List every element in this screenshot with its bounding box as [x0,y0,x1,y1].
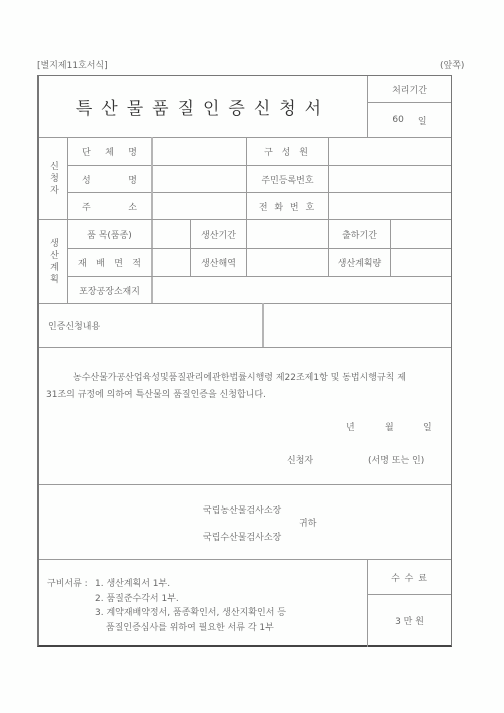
fee-amount: 3 만 원 [368,595,451,646]
divider [39,484,451,485]
form-number: [별지제11호서식] [37,58,108,71]
document-item-3: 3. 계약재배약정서, 품종확인서, 생산지확인서 등 [95,605,286,618]
applicant-section-text: 신청자 [46,161,60,197]
phone-field[interactable] [329,193,451,219]
name-label: 성명 [68,166,151,192]
production-plan-section-label: 생산계획 [39,220,67,303]
documents-prefix: 구비서류 : [47,576,88,589]
resident-number-field[interactable] [329,166,451,192]
resident-number-label: 주민등록번호 [247,166,328,192]
production-plan-section-text: 생산계획 [46,238,60,286]
recipient-fish: 국립수산물검사소장 [203,530,281,543]
divider [328,137,329,219]
cultivation-area-field[interactable] [153,249,190,276]
cultivation-area-label: 재배면적 [68,249,151,276]
shipping-period-label: 출하기간 [329,220,390,248]
document-item-2: 2. 품질준수각서 1부. [95,591,179,604]
address-label: 주소 [68,193,151,219]
divider [390,219,391,276]
divider [190,219,191,276]
applicant-signature-label: 신청자 [287,453,313,466]
members-field[interactable] [329,138,451,165]
divider [246,219,247,276]
document-item-3-cont: 품질인증심사를 위하여 필요한 서류 각 1부 [106,620,274,633]
item-field[interactable] [153,220,190,248]
shipping-period-field[interactable] [391,220,451,248]
statement-line-2: 31조의 규정에 의하여 특산물의 품질인증을 신청합니다. [46,387,266,400]
packing-plant-label: 포장공장소재지 [68,277,151,303]
planned-amount-field[interactable] [391,249,451,276]
group-name-field[interactable] [152,138,246,165]
production-zone-label: 생산해역 [191,249,246,276]
form-title: 특산물품질인증신청서 [39,76,367,137]
divider [39,347,451,348]
production-period-label: 생산기간 [191,220,246,248]
recipient-agri: 국립농산물검사소장 [203,503,281,516]
date-year: 년 [346,420,355,433]
recipient-suffix: 귀하 [299,516,316,529]
fee-label: 수 수 료 [368,560,451,594]
planned-amount-label: 생산계획량 [329,249,390,276]
certification-content-label: 인증신청내용 [39,304,262,347]
processing-unit: 일 [418,114,427,127]
name-field[interactable] [152,166,246,192]
members-label: 구 성 원 [247,138,328,165]
address-field[interactable] [152,193,246,219]
packing-plant-field[interactable] [153,277,451,303]
date-month: 월 [385,420,394,433]
signature-hint: (서명 또는 인) [368,453,424,466]
item-label: 품 목(품종) [68,220,151,248]
date-day: 일 [423,420,432,433]
certification-content-field[interactable] [264,304,451,347]
applicant-section-label: 신청자 [39,138,67,219]
page-side: (앞쪽) [440,58,464,71]
document-item-1: 1. 생산계획서 1부. [95,576,170,589]
processing-days: 60 [392,115,403,125]
phone-label: 전 화 번 호 [247,193,328,219]
divider [328,219,329,276]
group-name-label: 단체명 [68,138,151,165]
production-zone-field[interactable] [247,249,328,276]
processing-period-label: 처리기간 [368,76,451,102]
statement-line-1: 농수산물가공산업육성및품질관리에관한법률시행령 제22조제1항 및 동법시행규칙… [73,370,406,383]
divider [246,137,247,219]
production-period-field[interactable] [247,220,328,248]
processing-period-value: 60 일 [368,103,451,137]
